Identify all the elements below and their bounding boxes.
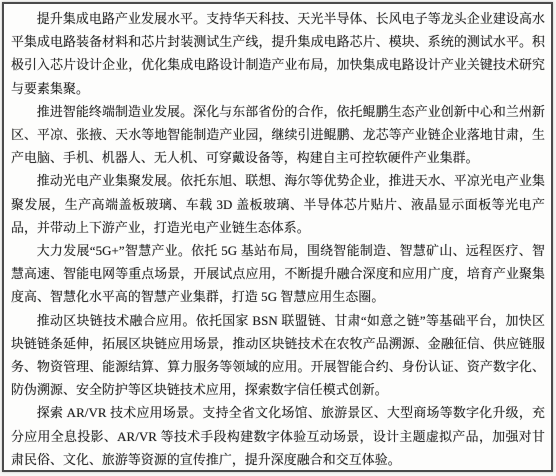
paragraph-optoelectronics: 推动光电产业集聚发展。依托东旭、联想、海尔等优势企业，推进天水、平凉光电产业集聚…	[11, 170, 545, 240]
paragraph-smart-terminal-manufacturing: 推进智能终端制造业发展。深化与东部省份的合作，依托鲲鹏生态产业创新中心和兰州新区…	[11, 101, 545, 171]
paragraph-integrated-circuits: 提升集成电路产业发展水平。支持华天科技、天光半导体、长风电子等龙头企业建设高水平…	[11, 8, 545, 101]
paragraph-blockchain: 推动区块链技术融合应用。依托国家 BSN 联盟链、甘肃“如意之链”等基础平台，加…	[11, 310, 545, 403]
paragraph-5g-smart-industry: 大力发展“5G+”智慧产业。依托 5G 基站布局，围绕智能制造、智慧矿山、远程医…	[11, 240, 545, 310]
paragraph-ar-vr: 探索 AR/VR 技术应用场景。支持全省文化场馆、旅游景区、大型商场等数字化升级…	[11, 402, 545, 472]
document-page: 提升集成电路产业发展水平。支持华天科技、天光半导体、长风电子等龙头企业建设高水平…	[2, 2, 553, 472]
document-body: 提升集成电路产业发展水平。支持华天科技、天光半导体、长风电子等龙头企业建设高水平…	[4, 4, 551, 472]
